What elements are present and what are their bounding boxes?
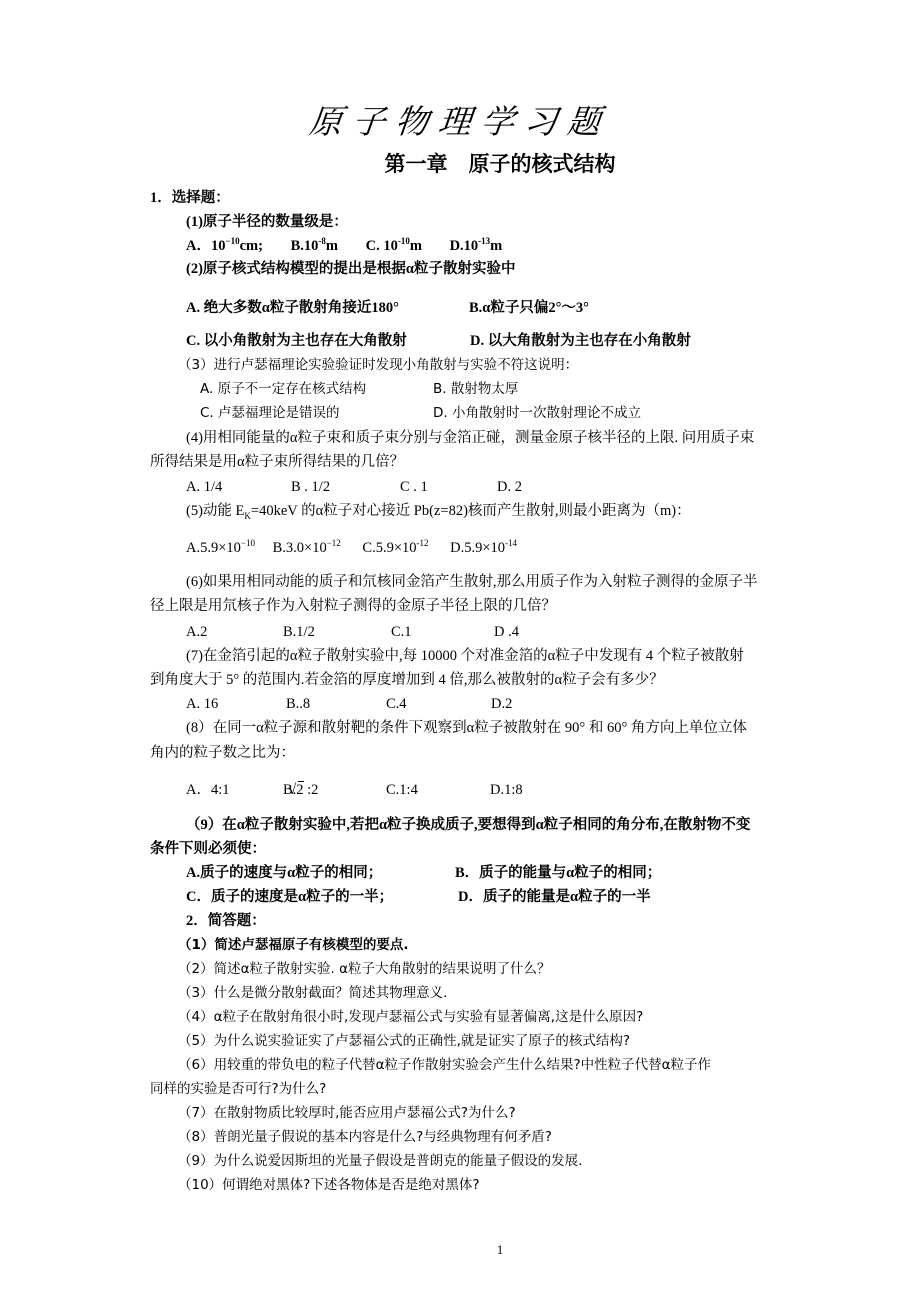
document-page: 原子物理学习题 第一章 原子的核式结构 1．选择题： (1)原子半径的数量级是：… (0, 0, 920, 1302)
q1-option-a: A．10−10cm; (186, 238, 263, 254)
q9-option-c: C．质子的速度是α粒子的一半； (186, 887, 393, 907)
q8-stem-line2: 角内的粒子数之比为： (150, 743, 295, 763)
document-title: 原子物理学习题 (0, 96, 920, 143)
q1-option-b: B.10-8m (291, 238, 338, 254)
q2-option-b: B.α粒子只偏2°～3° (469, 298, 589, 318)
short-answer-6-line1: （6）用较重的带负电的粒子代替α粒子作散射实验会产生什么结果?中性粒子代替α粒子… (178, 1055, 711, 1075)
q7-option-d: D.2 (491, 694, 512, 714)
q7-option-b: B..8 (286, 694, 310, 714)
section1-heading: 1．选择题： (150, 188, 230, 208)
short-answer-2: （2）简述α粒子散射实验. α粒子大角散射的结果说明了什么？ (178, 959, 550, 979)
q3-option-a: A. 原子不一定存在核式结构 (200, 379, 366, 399)
q8-option-a: A．4:1 (186, 780, 230, 800)
q2-option-c: C. 以小角散射为主也存在大角散射 (186, 331, 407, 351)
q5-option-a: A.5.9×10−10 (186, 540, 255, 556)
short-answer-5: （5）为什么说实验证实了卢瑟福公式的正确性,就是证实了原子的核式结构? (178, 1031, 630, 1051)
q8-option-d: D.1:8 (490, 780, 523, 800)
q4-option-a: A. 1/4 (186, 477, 222, 497)
q3-option-c: C. 卢瑟福理论是错误的 (200, 403, 340, 423)
q6-option-c: C.1 (391, 622, 412, 642)
q9-option-b: B．质子的能量与α粒子的相同； (455, 863, 661, 883)
q1-options: A．10−10cm; B.10-8m C. 10-10m D.10-13m (186, 236, 502, 256)
q4-option-d: D. 2 (497, 477, 522, 497)
chapter-heading: 第一章 原子的核式结构 (0, 148, 920, 178)
q3-stem: （3）进行卢瑟福理论实验验证时发现小角散射与实验不符这说明： (178, 355, 578, 375)
q5-option-b: B.3.0×10−12 (273, 540, 341, 556)
q3-option-b: B. 散射物太厚 (433, 379, 518, 399)
q5-stem: (5)动能 EK=40keV 的α粒子对心接近 Pb(z=82)核而产生散射,则… (186, 501, 691, 521)
q6-option-d: D .4 (494, 622, 519, 642)
q7-option-a: A. 16 (186, 694, 218, 714)
q4-option-c: C . 1 (400, 477, 428, 497)
q9-stem-line2: 条件下则必须使： (150, 839, 266, 859)
short-answer-8: （8）普朗光量子假说的基本内容是什么?与经典物理有何矛盾? (178, 1127, 552, 1147)
q6-option-a: A.2 (186, 622, 207, 642)
q7-option-c: C.4 (386, 694, 407, 714)
short-answer-9: （9）为什么说爱因斯坦的光量子假设是普朗克的能量子假设的发展. (178, 1151, 582, 1171)
q1-option-d: D.10-13m (450, 238, 503, 254)
short-answer-10: （10）何谓绝对黑体?下述各物体是否是绝对黑体? (178, 1175, 480, 1195)
q6-stem-line1: (6)如果用相同动能的质子和氘核同金箔产生散射,那么用质子作为入射粒子测得的金原… (186, 572, 758, 592)
q2-option-a: A. 绝大多数α粒子散射角接近180° (186, 298, 399, 318)
short-answer-3: （3）什么是微分散射截面？简述其物理意义. (178, 983, 447, 1003)
q5-option-c: C.5.9×10-12 (362, 540, 428, 556)
short-answer-7: （7）在散射物质比较厚时,能否应用卢瑟福公式?为什么? (178, 1103, 516, 1123)
q4-stem-line2: 所得结果是用α粒子束所得结果的几倍？ (150, 452, 404, 472)
q4-option-b: B . 1/2 (291, 477, 330, 497)
q7-stem-line1: (7)在金箔引起的α粒子散射实验中,每 10000 个对准金箔的α粒子中发现有 … (186, 646, 744, 666)
q8-option-b: B.√2 :2 (283, 780, 318, 800)
q8-option-c: C.1:4 (386, 780, 418, 800)
q5-option-d: D.5.9×10-14 (450, 540, 517, 556)
q9-option-d: D．质子的能量是α粒子的一半 (458, 887, 651, 907)
q4-stem-line1: (4)用相同能量的α粒子束和质子束分别与金箔正碰，测量金原子核半径的上限. 问用… (186, 428, 754, 448)
q5-options: A.5.9×10−10 B.3.0×10−12 C.5.9×10-12 D.5.… (186, 538, 517, 558)
q1-stem: (1)原子半径的数量级是： (186, 212, 348, 232)
q6-option-b: B.1/2 (283, 622, 315, 642)
q3-option-d: D. 小角散射时一次散射理论不成立 (433, 403, 641, 423)
q6-stem-line2: 径上限是用氘核子作为入射粒子测得的金原子半径上限的几倍？ (150, 596, 556, 616)
q1-option-c: C. 10-10m (366, 238, 422, 254)
short-answer-6-line2: 同样的实验是否可行?为什么? (150, 1079, 326, 1099)
q8-stem-line1: (8）在同一α粒子源和散射靶的条件下观察到α粒子被散射在 90° 和 60° 角… (186, 718, 747, 738)
page-number: 1 (0, 1242, 920, 1258)
q9-stem-line1: （9）在α粒子散射实验中,若把α粒子换成质子,要想得到α粒子相同的角分布,在散射… (186, 815, 750, 835)
q2-stem: (2)原子核式结构模型的提出是根据α粒子散射实验中 (186, 259, 516, 279)
short-answer-1: （1）简述卢瑟福原子有核模型的要点. (178, 935, 409, 955)
short-answer-4: （4）α粒子在散射角很小时,发现卢瑟福公式与实验有显著偏离,这是什么原因? (178, 1007, 643, 1027)
q7-stem-line2: 到角度大于 5° 的范围内.若金箔的厚度增加到 4 倍,那么被散射的α粒子会有多… (150, 670, 664, 690)
section2-heading: 2．简答题： (186, 911, 266, 931)
q2-option-d: D. 以大角散射为主也存在小角散射 (470, 331, 691, 351)
q9-option-a: A.质子的速度与α粒子的相同； (186, 863, 382, 883)
